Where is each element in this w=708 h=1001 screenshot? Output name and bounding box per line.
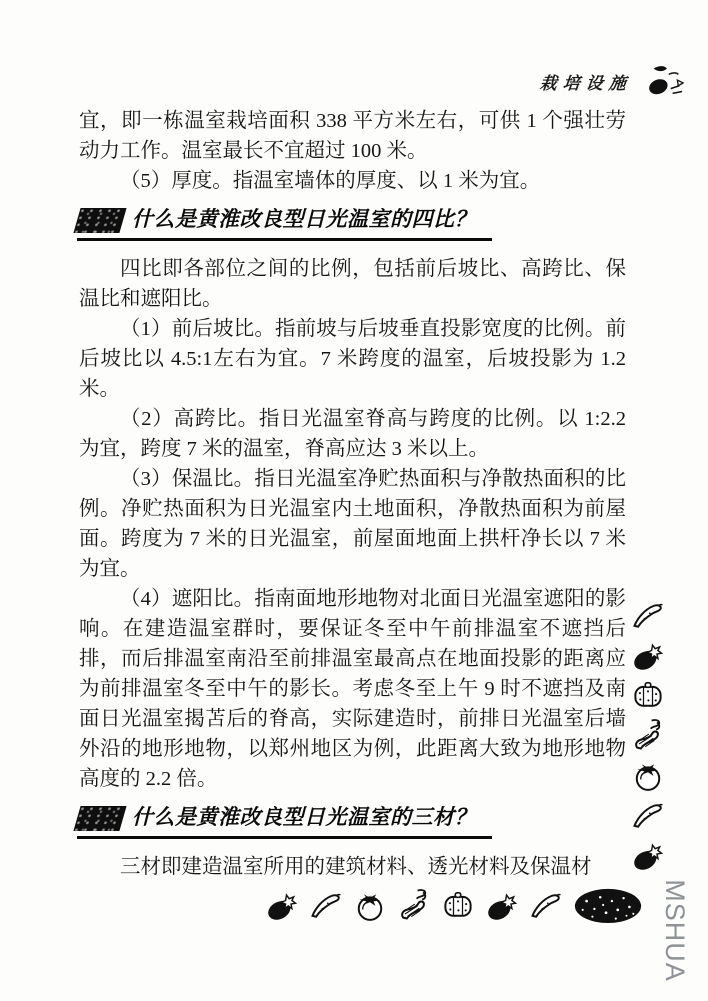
bottom-vegetable-row xyxy=(263,883,645,927)
tomato-icon xyxy=(629,757,667,793)
tomato-icon xyxy=(351,887,389,923)
question-number-badge xyxy=(73,806,126,831)
watermark: MSHUA xyxy=(648,872,700,988)
vegetable-sprig-icon xyxy=(644,62,686,100)
question-number-badge xyxy=(73,208,126,233)
loofah-icon xyxy=(395,887,433,923)
paragraph: （5）厚度。指温室墙体的厚度、以 1 米为宜。 xyxy=(79,166,626,196)
question-heading: 什么是黄淮改良型日光温室的三材？ xyxy=(77,803,492,839)
paragraph: 三材即建造温室所用的建筑材料、透光材料及保温材 xyxy=(79,852,626,882)
question-heading: 什么是黄淮改良型日光温室的四比？ xyxy=(77,205,492,241)
eggplant-icon xyxy=(483,887,521,923)
eggplant-icon xyxy=(629,637,667,673)
side-vegetable-column xyxy=(629,597,667,873)
page-body: 宜，即一栋温室栽培面积 338 平方米左右，可供 1 个强壮劳动力工作。温室最长… xyxy=(79,106,626,882)
running-head: 栽培设施 xyxy=(540,62,686,100)
bell-pepper-icon xyxy=(629,677,667,713)
loofah-icon xyxy=(629,717,667,753)
paragraph: 宜，即一栋温室栽培面积 338 平方米左右，可供 1 个强壮劳动力工作。温室最长… xyxy=(79,106,626,166)
paragraph: 四比即各部位之间的比例，包括前后坡比、高跨比、保温比和遮阳比。 xyxy=(79,254,626,314)
cucumber-icon xyxy=(629,797,667,833)
book-page: 栽培设施 宜，即一栋温室栽培面积 338 平方米左右，可供 1 个强壮劳动力工作… xyxy=(0,0,708,1001)
running-head-title: 栽培设施 xyxy=(539,69,634,94)
cucumber-icon xyxy=(307,887,345,923)
eggplant-icon xyxy=(629,837,667,873)
question-title: 什么是黄淮改良型日光温室的三材？ xyxy=(132,803,476,833)
cucumber-icon xyxy=(629,597,667,633)
bell-pepper-icon xyxy=(439,887,477,923)
watermark-text: MSHUA xyxy=(659,879,690,982)
paragraph: （2）高跨比。指日光温室脊高与跨度的比例。以 1:2.2 为宜，跨度 7 米的温… xyxy=(79,404,626,464)
paragraph: （3）保温比。指日光温室净贮热面积与净散热面积的比例。净贮热面积为日光温室内土地… xyxy=(79,464,626,584)
paragraph: （4）遮阳比。指南面地形地物对北面日光温室遮阳的影响。在建造温室群时，要保证冬至… xyxy=(79,584,626,794)
question-title: 什么是黄淮改良型日光温室的四比？ xyxy=(132,205,476,235)
watermelon-icon xyxy=(571,883,645,927)
eggplant-icon xyxy=(263,887,301,923)
paragraph: （1）前后坡比。指前坡与后坡垂直投影宽度的比例。前后坡比以 4.5:1左右为宜。… xyxy=(79,314,626,404)
cucumber-icon xyxy=(527,887,565,923)
